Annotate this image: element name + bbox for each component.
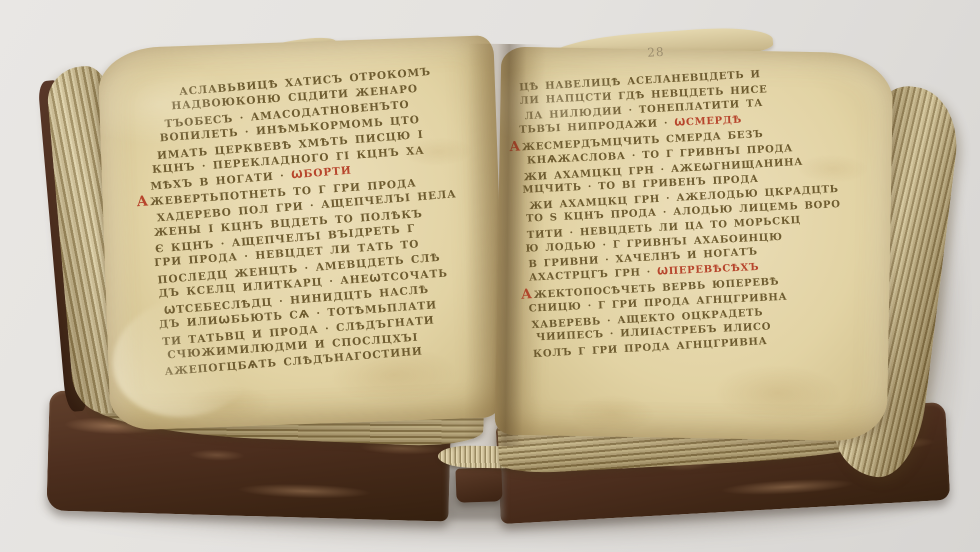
body-text: є кцнъ · ащепчелъі въідреть г xyxy=(155,223,416,256)
spine-tab xyxy=(455,467,502,503)
body-text: тъобесъ · амасодатновенъто xyxy=(164,99,410,131)
text-line: дъ кселц илиткарц · анеѡтсочать xyxy=(158,264,480,302)
text-line: хаверевь · ащекто оцкрадеть xyxy=(531,300,871,334)
text-line: Ажектопосѣчеть вервь юперевѣ xyxy=(534,269,870,304)
text-line: ахастрцгъ грн · ѡперевѣсѣхъ xyxy=(529,256,869,286)
text-line: цѣ навелицѣ аселаневцдеть и xyxy=(519,63,859,97)
body-text: хаверевь · ащекто оцкрадеть xyxy=(531,307,763,331)
body-text: имать церквевѣ хмѣть писцю і xyxy=(157,128,424,161)
text-line: в гривни · хачелнъ и ногатъ xyxy=(528,239,868,273)
text-line: ли напцсти гдѣ невцдеть нисе xyxy=(520,79,860,109)
text-line: Ажесмердъмцчить смерда безъ xyxy=(522,121,862,157)
text-line: тити · невцдеть ли ца то морьскц xyxy=(527,210,867,244)
text-line: надвоюконю сцдити женаро xyxy=(171,79,466,115)
body-text: надвоюконю сцдити женаро xyxy=(171,83,418,112)
body-text: мѣхъ в ногати · xyxy=(150,170,292,193)
photo-scene: аславьвицѣ хатисъ отрокомънадвоюконю сцд… xyxy=(0,0,980,552)
text-line: гри прода · невцдет ли тать то xyxy=(154,234,478,272)
text-line: тъобесъ · амасодатновенъто xyxy=(164,93,467,133)
text-line: кнѧжаслова · то г гривнъі прода xyxy=(527,139,863,169)
body-text: тити · невцдеть ли ца то морьскц xyxy=(527,215,802,241)
body-text: чиипесъ · илиіастребъ илисо xyxy=(536,322,771,344)
text-line: ю лодью · г гривнъі ахабоинцю xyxy=(525,226,867,256)
body-text: кнѧжаслова · то г гривнъі прода xyxy=(527,143,793,166)
body-text: мцчить · то ві гривенъ прода xyxy=(522,174,759,196)
body-text: ли напцсти гдѣ невцдеть нисе xyxy=(520,84,768,106)
body-text: то ѕ кцнъ прода · алодью лицемь воро xyxy=(526,199,841,225)
body-text: жи ахамцкц грн · ажелодью цкрадцть xyxy=(529,184,839,212)
text-line: хадерево пол гри · ащепчелъі нела xyxy=(156,186,474,227)
initial-letter: А xyxy=(136,193,150,210)
text-line: жи ахамцкц грн · ажелодью цкрадцть xyxy=(529,181,865,214)
body-text: ла нилюдии · тонеплатити та xyxy=(524,98,763,122)
body-text: ахастрцгъ грн · xyxy=(529,266,657,283)
right-page-text: цѣ навелицѣ аселаневцдеть или напцсти гд… xyxy=(519,63,873,362)
text-line: жены і кцнъ вцдеть то полѣкъ xyxy=(154,203,476,241)
text-line: Ажевертьпотнеть то г гри прода xyxy=(149,171,473,210)
body-text: жесмердъмцчить смерда безъ xyxy=(522,129,764,153)
text-line: жи ахамцкц грн · ажеѡгнищанина xyxy=(524,152,864,186)
text-line: мцчить · то ві гривенъ прода xyxy=(522,168,864,198)
rubric-text: ѡсмердѣ xyxy=(674,114,742,128)
body-text: жектопосѣчеть вервь юперевѣ xyxy=(533,277,779,302)
body-text: жи ахамцкц грн · ажеѡгнищанина xyxy=(524,156,804,183)
text-line: кцнъ · перекладного гі кцнъ ха xyxy=(152,141,471,179)
text-line: колъ г гри прода агнцгривна xyxy=(533,329,873,363)
text-line: аславьвицѣ хатисъ отрокомъ xyxy=(179,62,465,100)
body-text: вопилеть · инѣмькормомь цто xyxy=(159,114,420,144)
body-text: сницю · г гри прода агнцгривна xyxy=(529,292,788,315)
body-text: гри прода · невцдет ли тать то xyxy=(154,239,420,270)
body-text: аславьвицѣ хатисъ отрокомъ xyxy=(179,66,432,98)
text-line: сницю · г гри прода агнцгривна xyxy=(528,287,870,317)
body-text: колъ г гри прода агнцгривна xyxy=(533,336,768,360)
right-page: 28 цѣ навелицѣ аселаневцдеть или напцсти… xyxy=(495,47,894,442)
text-line: ла нилюдии · тонеплатити та xyxy=(524,92,860,125)
body-text: кцнъ · перекладного гі кцнъ ха xyxy=(152,145,425,176)
text-line: вопилеть · инѣмькормомь цто xyxy=(159,110,468,147)
rubric-text: ѡборти xyxy=(291,165,352,182)
text-line: мѣхъ в ногати · ѡборти xyxy=(150,154,472,195)
body-text: дъ кселц илиткарц · анеѡтсочать xyxy=(158,268,448,300)
body-text: жены і кцнъ вцдеть то полѣкъ xyxy=(154,208,424,239)
text-line: є кцнъ · ащепчелъі въідреть г xyxy=(155,217,477,258)
folio-number: 28 xyxy=(647,45,665,60)
body-text: хадерево пол гри · ащепчелъі нела xyxy=(156,188,457,224)
body-text: в гривни · хачелнъ и ногатъ xyxy=(528,247,758,271)
text-line: последц женцть · амевцдеть слѣ xyxy=(157,248,479,289)
text-line: чиипесъ · илиіастребъ илисо xyxy=(536,316,872,346)
body-text: жевертьпотнеть то г гри прода xyxy=(150,177,417,208)
text-line: тьвъі нипродажи · ѡсмердѣ xyxy=(519,108,861,138)
text-line: имать церквевѣ хмѣть писцю і xyxy=(157,124,470,164)
body-text: последц женцть · амевцдеть слѣ xyxy=(157,252,441,287)
gutter-shadow xyxy=(464,44,546,447)
text-line: то ѕ кцнъ прода · алодью лицемь воро xyxy=(526,197,866,227)
body-text: ю лодью · г гривнъі ахабоинцю xyxy=(525,231,783,254)
body-text: цѣ навелицѣ аселаневцдеть и xyxy=(519,69,761,93)
rubric-text: ѡперевѣсѣхъ xyxy=(657,262,760,278)
